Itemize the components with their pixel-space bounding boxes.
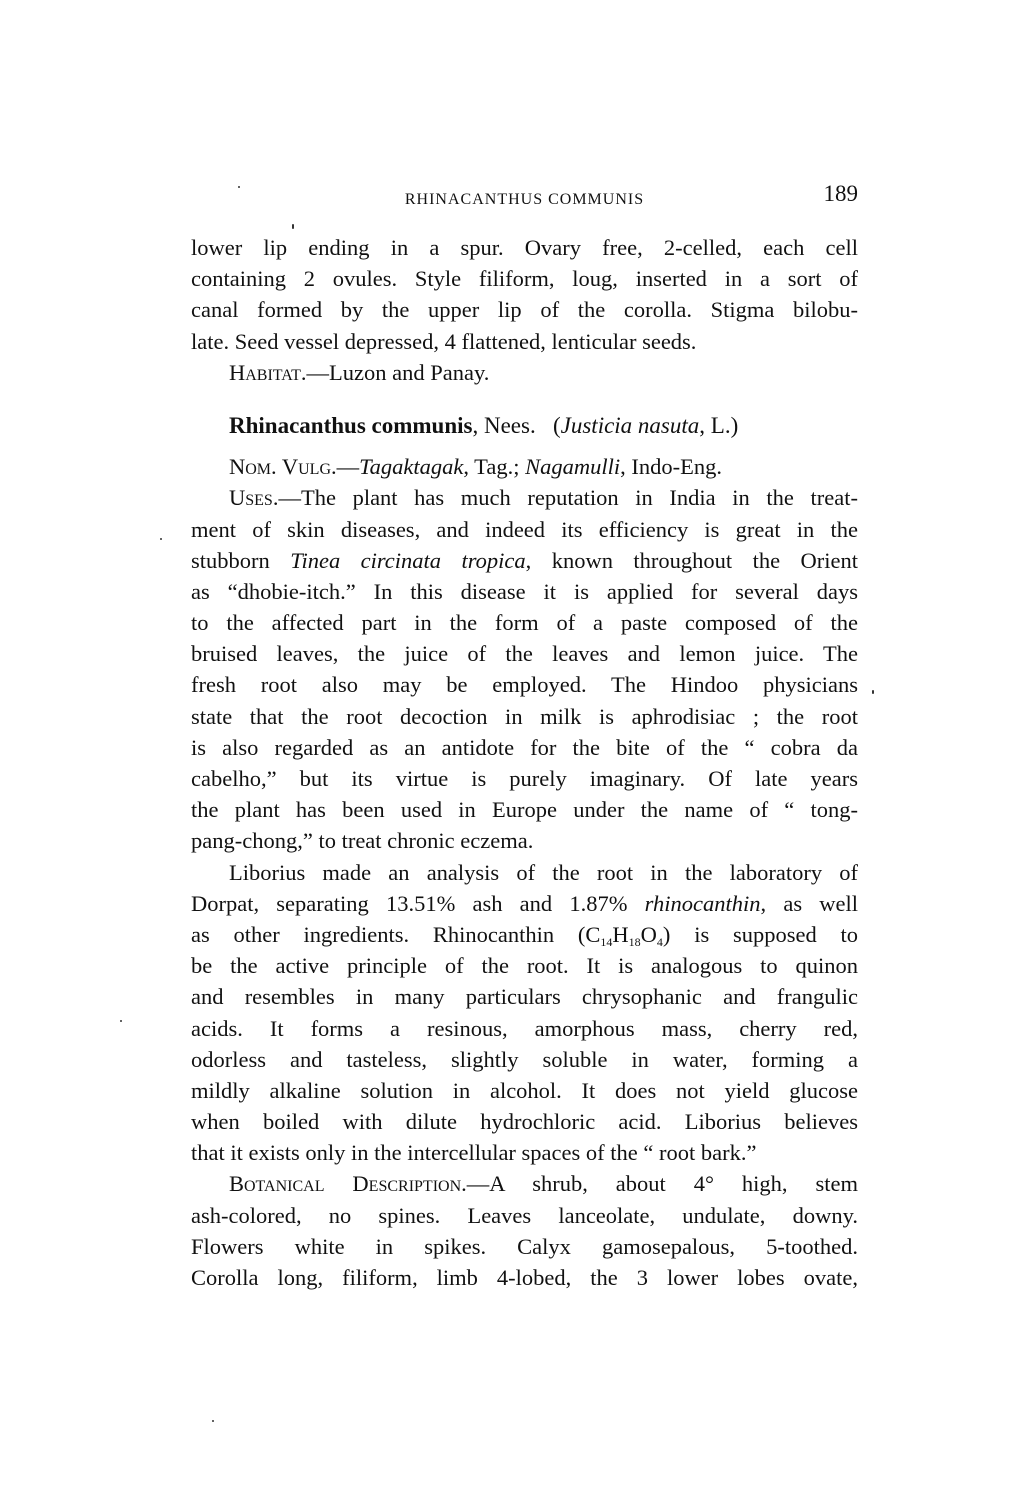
text-span: as other ingredients. Rhinocanthin (C (191, 922, 600, 947)
text-line: pang-chong,” to treat chronic eczema. (191, 825, 858, 856)
compound-name: rhinocanthin (645, 891, 761, 916)
text-span: H (612, 922, 628, 947)
text-line: containing 2 ovules. Style filiform, lou… (191, 263, 858, 294)
habitat-label: Habitat. (229, 360, 306, 385)
text-line: stubborn Tinea circinata tropica, known … (191, 545, 858, 576)
synonym-open: ( (553, 413, 561, 438)
text-line: the plant has been used in Europe under … (191, 794, 858, 825)
text-line: that it exists only in the intercellular… (191, 1137, 858, 1168)
species-author: , Nees. (472, 413, 535, 438)
subscript: 14 (600, 935, 612, 949)
scan-speck (120, 1020, 122, 1022)
language-tag: , Indo-Eng. (620, 454, 722, 479)
subscript: 18 (629, 935, 641, 949)
botanical-label: Botanical Description. (229, 1171, 467, 1196)
scan-speck (872, 690, 874, 694)
running-title: RHINACANTHUS COMMUNIS (191, 184, 858, 215)
text-line: as “dhobie-itch.” In this disease it is … (191, 576, 858, 607)
text-line: Corolla long, filiform, limb 4-lobed, th… (191, 1262, 858, 1293)
text-line: fresh root also may be employed. The Hin… (191, 669, 858, 700)
habitat-line: Habitat.—Luzon and Panay. (191, 357, 858, 388)
text-line: cabelho,” but its virtue is purely imagi… (191, 763, 858, 794)
entry-heading: Rhinacanthus communis, Nees. (Justicia n… (191, 410, 858, 441)
text-line: lower lip ending in a spur. Ovary free, … (191, 232, 858, 263)
text-span: O (641, 922, 657, 947)
continuation-paragraph: lower lip ending in a spur. Ovary free, … (191, 232, 858, 388)
text-line: acids. It forms a resinous, amorphous ma… (191, 1013, 858, 1044)
dash: — (337, 454, 360, 479)
text-line: Botanical Description.—A shrub, about 4°… (191, 1168, 858, 1199)
language-tag: , Tag.; (463, 454, 525, 479)
text-line: Liborius made an analysis of the root in… (191, 857, 858, 888)
vernacular-name-indo-eng: Nagamulli (525, 454, 620, 479)
habitat-text: —Luzon and Panay. (306, 360, 489, 385)
nom-vulg-label: Nom. Vulg. (229, 454, 337, 479)
text-line: as other ingredients. Rhinocanthin (C14H… (191, 919, 858, 950)
book-page: RHINACANTHUS COMMUNIS 189 lower lip endi… (191, 178, 858, 1293)
scan-speck (212, 1420, 214, 1422)
text-span: Dorpat, separating 13.51% ash and 1.87% (191, 891, 645, 916)
vernacular-name-tagalog: Tagaktagak (359, 454, 463, 479)
synonym-name: Justicia nasuta (561, 413, 700, 438)
text-line: and resembles in many particulars chryso… (191, 981, 858, 1012)
text-line: mildly alkaline solution in alcohol. It … (191, 1075, 858, 1106)
text-line: canal formed by the upper lip of the cor… (191, 294, 858, 325)
scan-speck (160, 538, 162, 540)
text-span: , as well (761, 891, 858, 916)
text-line: late. Seed vessel depressed, 4 flattened… (191, 326, 858, 357)
text-line: is also regarded as an antidote for the … (191, 732, 858, 763)
text-line: Dorpat, separating 13.51% ash and 1.87% … (191, 888, 858, 919)
uses-paragraph: Uses.—The plant has much reputation in I… (191, 482, 858, 856)
text-line: ash-colored, no spines. Leaves lanceolat… (191, 1200, 858, 1231)
text-line: Flowers white in spikes. Calyx gamosepal… (191, 1231, 858, 1262)
synonym-author: , L.) (699, 413, 738, 438)
disease-name: Tinea circinata tropica (290, 548, 525, 573)
text-span: ) is supposed to (663, 922, 858, 947)
text-span: stubborn (191, 548, 290, 573)
text-span: , known throughout the Orient (526, 548, 858, 573)
text-span: —A shrub, about 4° high, stem (467, 1171, 858, 1196)
text-line: state that the root decoction in milk is… (191, 701, 858, 732)
text-line: when boiled with dilute hydrochloric aci… (191, 1106, 858, 1137)
page-number: 189 (824, 178, 859, 209)
text-span: —The plant has much reputation in India … (278, 485, 858, 510)
vernacular-names-line: Nom. Vulg.—Tagaktagak, Tag.; Nagamulli, … (191, 451, 858, 482)
text-line: ment of skin diseases, and indeed its ef… (191, 514, 858, 545)
text-line: bruised leaves, the juice of the leaves … (191, 638, 858, 669)
uses-label: Uses. (229, 485, 278, 510)
analysis-paragraph: Liborius made an analysis of the root in… (191, 857, 858, 1169)
species-name: Rhinacanthus communis (229, 413, 472, 438)
text-line: odorless and tasteless, slightly soluble… (191, 1044, 858, 1075)
text-line: Uses.—The plant has much reputation in I… (191, 482, 858, 513)
text-line: be the active principle of the root. It … (191, 950, 858, 981)
running-head: RHINACANTHUS COMMUNIS 189 (191, 178, 858, 214)
botanical-description-paragraph: Botanical Description.—A shrub, about 4°… (191, 1168, 858, 1293)
text-line: to the affected part in the form of a pa… (191, 607, 858, 638)
